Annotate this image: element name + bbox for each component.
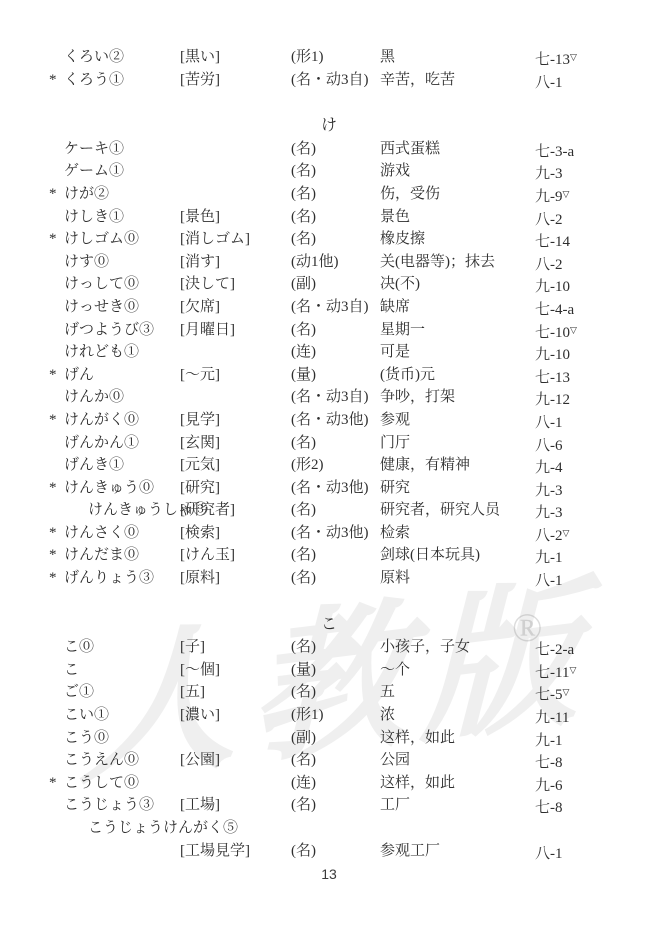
part-of-speech: (名): [291, 160, 380, 183]
chinese-meaning: 景色: [380, 206, 535, 229]
part-of-speech: (形2): [291, 454, 380, 477]
part-of-speech: (名・动3他): [291, 522, 380, 545]
kana-word: ゲーム①: [64, 160, 180, 183]
part-of-speech: (名): [291, 499, 380, 522]
chinese-meaning: 小孩子，子女: [380, 636, 535, 659]
glossary-page: 人教版 ® くろい② [黒い] (形1) 黑 七-13▽ * くろう① [苦労]…: [0, 0, 658, 926]
lesson-reference: 七-14: [535, 228, 635, 251]
new-word-asterisk: [49, 704, 64, 727]
new-word-asterisk: [49, 206, 64, 229]
lesson-reference: 九-11: [535, 704, 635, 727]
lesson-reference: 七-13: [535, 364, 635, 387]
kana-word: けんだま⓪: [64, 544, 180, 567]
variant-triangle-mark: ▽: [569, 665, 576, 675]
lesson-reference: 八-1: [535, 840, 635, 863]
kana-word: こうじょう③: [64, 794, 180, 817]
lesson-reference: 七-4-a: [535, 296, 635, 319]
lesson-reference: 九-12: [535, 386, 635, 409]
chinese-meaning: 橡皮擦: [380, 228, 535, 251]
kanji-form: [けん玉]: [180, 544, 291, 567]
new-word-asterisk: [49, 160, 64, 183]
kana-word: けんさく⓪: [64, 522, 180, 545]
vocab-row: げんき① [元気] (形2) 健康，有精神 九-4: [0, 454, 658, 477]
chinese-meaning: [380, 817, 535, 840]
new-word-asterisk: [49, 432, 64, 455]
kana-word: こうえん⓪: [64, 749, 180, 772]
part-of-speech: (名・动3他): [291, 477, 380, 500]
chinese-meaning: 星期一: [380, 319, 535, 342]
kanji-form: [元気]: [180, 454, 291, 477]
part-of-speech: (名): [291, 681, 380, 704]
kana-word: こうして⓪: [64, 772, 180, 795]
new-word-asterisk: [49, 138, 64, 161]
kanji-form: [検索]: [180, 522, 291, 545]
new-word-asterisk: [49, 659, 64, 682]
vocab-row: * げんりょう③ [原料] (名) 原料 八-1: [0, 567, 658, 590]
vocab-row: * けんさく⓪ [検索] (名・动3他) 检索 八-2▽: [0, 522, 658, 545]
vocab-row: げんかん① [玄関] (名) 门厅 八-6: [0, 432, 658, 455]
vocab-row: こうえん⓪ [公園] (名) 公园 七-8: [0, 749, 658, 772]
kana-word: けしき①: [64, 206, 180, 229]
kanji-form: [決して]: [180, 273, 291, 296]
part-of-speech: (名・动3自): [291, 296, 380, 319]
chinese-meaning: 可是: [380, 341, 535, 364]
chinese-meaning: 这样，如此: [380, 727, 535, 750]
part-of-speech: (名): [291, 319, 380, 342]
kanji-form: [玄関]: [180, 432, 291, 455]
part-of-speech: (名): [291, 138, 380, 161]
lesson-reference: 九-10: [535, 341, 635, 364]
section-header: け: [0, 115, 658, 138]
lesson-reference: 九-10: [535, 273, 635, 296]
new-word-asterisk: *: [49, 544, 64, 567]
new-word-asterisk: *: [49, 477, 64, 500]
part-of-speech: (名): [291, 636, 380, 659]
kana-word: けす⓪: [64, 251, 180, 274]
lesson-reference: 八-2: [535, 206, 635, 229]
kana-word: けんか⓪: [64, 386, 180, 409]
vocab-row: げつようび③ [月曜日] (名) 星期一 七-10▽: [0, 319, 658, 342]
kanji-form: [子]: [180, 636, 291, 659]
kana-word: こ⓪: [64, 636, 180, 659]
chinese-meaning: ～个: [380, 659, 535, 682]
new-word-asterisk: [49, 341, 64, 364]
vocab-row: [工場見学] (名) 参观工厂 八-1: [0, 840, 658, 863]
variant-triangle-mark: ▽: [570, 325, 577, 335]
lesson-reference: 八-1: [535, 567, 635, 590]
kanji-form: [～個]: [180, 659, 291, 682]
new-word-asterisk: *: [49, 228, 64, 251]
new-word-asterisk: *: [49, 364, 64, 387]
new-word-asterisk: [49, 386, 64, 409]
part-of-speech: (量): [291, 659, 380, 682]
new-word-asterisk: [49, 296, 64, 319]
part-of-speech: (名): [291, 228, 380, 251]
new-word-asterisk: *: [49, 772, 64, 795]
kana-word: げん: [64, 364, 180, 387]
kana-word: げんき①: [64, 454, 180, 477]
kanji-form: [180, 772, 291, 795]
kanji-form: [濃い]: [180, 704, 291, 727]
chinese-meaning: 游戏: [380, 160, 535, 183]
vocab-row: けす⓪ [消す] (动1他) 关(电器等)；抹去 八-2: [0, 251, 658, 274]
part-of-speech: (副): [291, 727, 380, 750]
variant-triangle-mark: ▽: [563, 528, 570, 538]
kana-word: けが②: [64, 183, 180, 206]
lesson-reference: 七-2-a: [535, 636, 635, 659]
vocab-row: くろい② [黒い] (形1) 黑 七-13▽: [0, 46, 658, 69]
new-word-asterisk: *: [49, 409, 64, 432]
chinese-meaning: 五: [380, 681, 535, 704]
part-of-speech: (名): [291, 749, 380, 772]
chinese-meaning: 争吵，打架: [380, 386, 535, 409]
part-of-speech: (连): [291, 772, 380, 795]
kana-word: げんかん①: [64, 432, 180, 455]
vocab-row: * けが② (名) 伤，受伤 九-9▽: [0, 183, 658, 206]
chinese-meaning: 黑: [380, 46, 535, 69]
kana-word: [64, 840, 180, 863]
new-word-asterisk: [49, 319, 64, 342]
new-word-asterisk: [49, 794, 64, 817]
kana-word: げんりょう③: [64, 567, 180, 590]
vocab-row: * こうして⓪ (连) 这样，如此 九-6: [0, 772, 658, 795]
lesson-reference: 七-13▽: [535, 46, 635, 69]
chinese-meaning: 研究者，研究人员: [380, 499, 535, 522]
new-word-asterisk: [49, 817, 64, 840]
lesson-reference: 九-3: [535, 160, 635, 183]
vocab-row: こうじょう③ [工場] (名) 工厂 七-8: [0, 794, 658, 817]
lesson-reference: 九-9▽: [535, 183, 635, 206]
variant-triangle-mark: ▽: [563, 687, 570, 697]
vocab-row: こうじょうけんがく⑤: [0, 817, 658, 840]
new-word-asterisk: [49, 681, 64, 704]
kanji-form: [～元]: [180, 364, 291, 387]
lesson-reference: 七-10▽: [535, 319, 635, 342]
lesson-reference: 八-2: [535, 251, 635, 274]
new-word-asterisk: [49, 499, 64, 522]
chinese-meaning: 缺席: [380, 296, 535, 319]
vocab-row: * けしゴム⓪ [消しゴム] (名) 橡皮擦 七-14: [0, 228, 658, 251]
kanji-form: [原料]: [180, 567, 291, 590]
variant-triangle-mark: ▽: [563, 189, 570, 199]
new-word-asterisk: [49, 749, 64, 772]
chinese-meaning: 原料: [380, 567, 535, 590]
kana-word: くろう①: [64, 69, 180, 92]
part-of-speech: (形1): [291, 704, 380, 727]
vocab-row: こ [～個] (量) ～个 七-11▽: [0, 659, 658, 682]
part-of-speech: [291, 817, 380, 840]
new-word-asterisk: *: [49, 522, 64, 545]
kanji-form: [欠席]: [180, 296, 291, 319]
kana-word: ケーキ①: [64, 138, 180, 161]
kana-word: ご①: [64, 681, 180, 704]
chinese-meaning: 检索: [380, 522, 535, 545]
kana-word: こい①: [64, 704, 180, 727]
vocab-row: * けんきゅう⓪ [研究] (名・动3他) 研究 九-3: [0, 477, 658, 500]
kana-word: げつようび③: [64, 319, 180, 342]
lesson-reference: 七-3-a: [535, 138, 635, 161]
chinese-meaning: 工厂: [380, 794, 535, 817]
lesson-reference: [535, 817, 635, 840]
lesson-reference: 八-1: [535, 69, 635, 92]
vocab-row: こ⓪ [子] (名) 小孩子，子女 七-2-a: [0, 636, 658, 659]
kanji-form: [工場]: [180, 794, 291, 817]
part-of-speech: (名): [291, 794, 380, 817]
section-kana-label: こ: [321, 616, 337, 633]
chinese-meaning: 西式蛋糕: [380, 138, 535, 161]
new-word-asterisk: *: [49, 567, 64, 590]
kanji-form: [消しゴム]: [180, 228, 291, 251]
kanji-form: [黒い]: [180, 46, 291, 69]
part-of-speech: (量): [291, 364, 380, 387]
lesson-reference: 七-8: [535, 794, 635, 817]
lesson-reference: 九-3: [535, 477, 635, 500]
part-of-speech: (副): [291, 273, 380, 296]
part-of-speech: (名・动3他): [291, 409, 380, 432]
lesson-reference: 九-1: [535, 544, 635, 567]
kanji-form: [工場見学]: [180, 840, 291, 863]
chinese-meaning: 决(不): [380, 273, 535, 296]
vocab-row: ご① [五] (名) 五 七-5▽: [0, 681, 658, 704]
new-word-asterisk: [49, 46, 64, 69]
chinese-meaning: 剑球(日本玩具): [380, 544, 535, 567]
kanji-form: [180, 341, 291, 364]
chinese-meaning: 辛苦，吃苦: [380, 69, 535, 92]
kanji-form: [180, 727, 291, 750]
new-word-asterisk: [49, 454, 64, 477]
variant-triangle-mark: ▽: [570, 52, 577, 62]
kana-word: くろい②: [64, 46, 180, 69]
part-of-speech: (名): [291, 544, 380, 567]
kanji-form: [研究]: [180, 477, 291, 500]
kanji-form: [景色]: [180, 206, 291, 229]
vocab-row: こう⓪ (副) 这样，如此 九-1: [0, 727, 658, 750]
chinese-meaning: (货币)元: [380, 364, 535, 387]
chinese-meaning: 参观: [380, 409, 535, 432]
vocab-row: けっして⓪ [決して] (副) 决(不) 九-10: [0, 273, 658, 296]
vocab-table: くろい② [黒い] (形1) 黑 七-13▽ * くろう① [苦労] (名・动3…: [0, 46, 658, 862]
kanji-form: [180, 138, 291, 161]
part-of-speech: (名): [291, 567, 380, 590]
kana-word: けしゴム⓪: [64, 228, 180, 251]
kanji-form: [180, 183, 291, 206]
vocab-row: * けんだま⓪ [けん玉] (名) 剑球(日本玩具) 九-1: [0, 544, 658, 567]
part-of-speech: (名): [291, 183, 380, 206]
kana-word: けれども①: [64, 341, 180, 364]
chinese-meaning: 关(电器等)；抹去: [380, 251, 535, 274]
part-of-speech: (名・动3自): [291, 386, 380, 409]
chinese-meaning: 浓: [380, 704, 535, 727]
part-of-speech: (动1他): [291, 251, 380, 274]
kana-word: けんきゅうしゃ③: [64, 499, 180, 522]
kanji-form: [五]: [180, 681, 291, 704]
kana-word: けんがく⓪: [64, 409, 180, 432]
kana-word: こう⓪: [64, 727, 180, 750]
kana-word: けっせき⓪: [64, 296, 180, 319]
kanji-form: [月曜日]: [180, 319, 291, 342]
lesson-reference: 九-4: [535, 454, 635, 477]
vocab-row: * げん [～元] (量) (货币)元 七-13: [0, 364, 658, 387]
new-word-asterisk: *: [49, 69, 64, 92]
lesson-reference: 七-11▽: [535, 659, 635, 682]
new-word-asterisk: [49, 727, 64, 750]
kanji-form: [180, 386, 291, 409]
part-of-speech: (名): [291, 206, 380, 229]
kanji-form: [研究者]: [180, 499, 291, 522]
kanji-form: [180, 160, 291, 183]
kana-word: けっして⓪: [64, 273, 180, 296]
section-kana-label: け: [321, 117, 337, 134]
new-word-asterisk: [49, 840, 64, 863]
section-header: こ: [0, 614, 658, 637]
kanji-form: [消す]: [180, 251, 291, 274]
vocab-row: * けんがく⓪ [見学] (名・动3他) 参观 八-1: [0, 409, 658, 432]
vocab-row: けっせき⓪ [欠席] (名・动3自) 缺席 七-4-a: [0, 296, 658, 319]
lesson-reference: 七-5▽: [535, 681, 635, 704]
chinese-meaning: 健康，有精神: [380, 454, 535, 477]
part-of-speech: (名・动3自): [291, 69, 380, 92]
part-of-speech: (名): [291, 432, 380, 455]
lesson-reference: 九-6: [535, 772, 635, 795]
vocab-row: ケーキ① (名) 西式蛋糕 七-3-a: [0, 138, 658, 161]
chinese-meaning: 公园: [380, 749, 535, 772]
vocab-row: けしき① [景色] (名) 景色 八-2: [0, 206, 658, 229]
kana-word: こ: [64, 659, 180, 682]
page-number: 13: [0, 866, 658, 882]
vocab-row: けんか⓪ (名・动3自) 争吵，打架 九-12: [0, 386, 658, 409]
lesson-reference: 九-3: [535, 499, 635, 522]
lesson-reference: 八-1: [535, 409, 635, 432]
chinese-meaning: 门厅: [380, 432, 535, 455]
kana-word: こうじょうけんがく⑤: [64, 817, 180, 840]
lesson-reference: 八-2▽: [535, 522, 635, 545]
kanji-form: [公園]: [180, 749, 291, 772]
vocab-row: けんきゅうしゃ③ [研究者] (名) 研究者，研究人员 九-3: [0, 499, 658, 522]
new-word-asterisk: [49, 636, 64, 659]
part-of-speech: (名): [291, 840, 380, 863]
kana-word: けんきゅう⓪: [64, 477, 180, 500]
chinese-meaning: 伤，受伤: [380, 183, 535, 206]
vocab-row: * くろう① [苦労] (名・动3自) 辛苦，吃苦 八-1: [0, 69, 658, 92]
kanji-form: [見学]: [180, 409, 291, 432]
new-word-asterisk: [49, 273, 64, 296]
chinese-meaning: 参观工厂: [380, 840, 535, 863]
lesson-reference: 九-1: [535, 727, 635, 750]
chinese-meaning: 这样，如此: [380, 772, 535, 795]
new-word-asterisk: *: [49, 183, 64, 206]
vocab-row: けれども① (连) 可是 九-10: [0, 341, 658, 364]
chinese-meaning: 研究: [380, 477, 535, 500]
part-of-speech: (连): [291, 341, 380, 364]
lesson-reference: 八-6: [535, 432, 635, 455]
new-word-asterisk: [49, 251, 64, 274]
vocab-row: ゲーム① (名) 游戏 九-3: [0, 160, 658, 183]
vocab-row: こい① [濃い] (形1) 浓 九-11: [0, 704, 658, 727]
lesson-reference: 七-8: [535, 749, 635, 772]
kanji-form: [苦労]: [180, 69, 291, 92]
kanji-form: [180, 817, 291, 840]
part-of-speech: (形1): [291, 46, 380, 69]
